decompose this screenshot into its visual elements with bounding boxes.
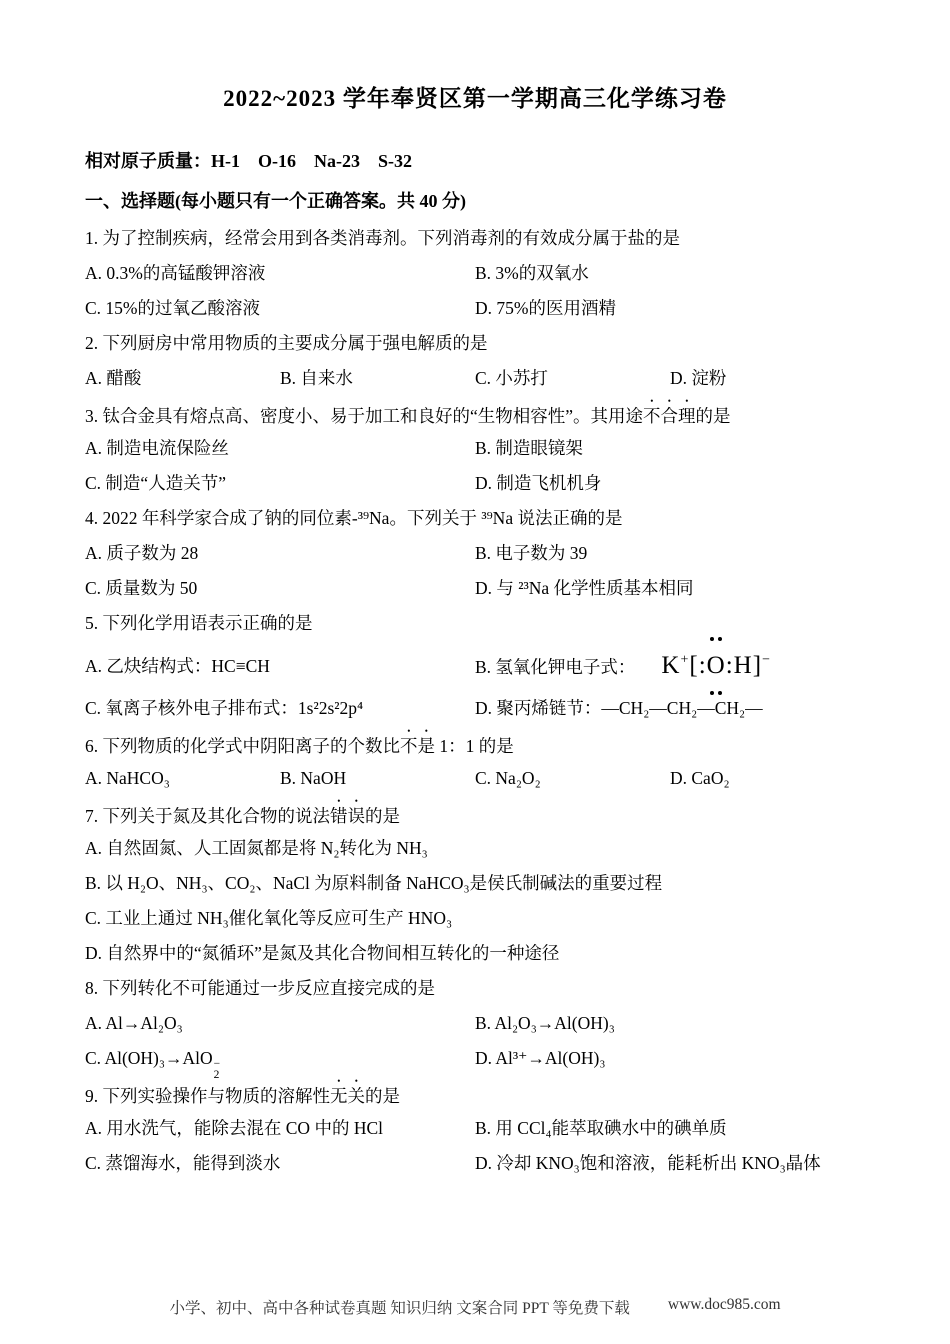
atomic-mass-line: 相对原子质量：H-1 O-16 Na-23 S-32 (85, 147, 865, 173)
question-8-stem: 8. 下列转化不可能通过一步反应直接完成的是 (85, 971, 865, 1006)
question-9-option-a: A. 用水洗气，能除去混在 CO 中的 HCl (85, 1111, 475, 1146)
question-5-option-a: A. 乙炔结构式：HC≡CH (85, 641, 475, 691)
question-5-options-row-2: C. 氧离子核外电子排布式：1s²2s²2p⁴ D. 聚丙烯链节：—CH₂—CH… (85, 691, 865, 726)
question-4-option-d: D. 与 ²³Na 化学性质基本相同 (475, 571, 865, 606)
question-4-options-row-2: C. 质量数为 50 D. 与 ²³Na 化学性质基本相同 (85, 571, 865, 606)
question-1-option-c: C. 15%的过氧乙酸溶液 (85, 291, 475, 326)
exam-page: 2022~2023 学年奉贤区第一学期高三化学练习卷 相对原子质量：H-1 O-… (0, 0, 950, 1344)
emphasized-text: 不是 (400, 736, 435, 756)
page-title: 2022~2023 学年奉贤区第一学期高三化学练习卷 (85, 80, 865, 113)
question-8-option-a: A. Al→Al₂O₃ (85, 1006, 475, 1041)
question-3-option-c: C. 制造“人造关节” (85, 466, 475, 501)
question-3-options-row-1: A. 制造电流保险丝 B. 制造眼镜架 (85, 431, 865, 466)
question-3-option-a: A. 制造电流保险丝 (85, 431, 475, 466)
question-4-options-row-1: A. 质子数为 28 B. 电子数为 39 (85, 536, 865, 571)
lewis-electron-formula: K+[:O:H]− (661, 652, 771, 679)
question-1-options-row-1: A. 0.3%的高锰酸钾溶液 B. 3%的双氧水 (85, 256, 865, 291)
question-9-option-d: D. 冷却 KNO₃饱和溶液，能耗析出 KNO₃晶体 (475, 1146, 865, 1181)
question-9-stem: 9. 下列实验操作与物质的溶解性无关的是 (85, 1076, 865, 1111)
question-8-options-row-2: C. Al(OH)₃→AlO−2 D. Al³⁺→Al(OH)₃ (85, 1041, 865, 1076)
question-6-options-row: A. NaHCO₃ B. NaOH C. Na₂O₂ D. CaO₂ (85, 761, 865, 796)
question-5-stem: 5. 下列化学用语表示正确的是 (85, 606, 865, 641)
question-2-options-row: A. 醋酸 B. 自来水 C. 小苏打 D. 淀粉 (85, 361, 865, 396)
footer-text: 小学、初中、高中各种试卷真题 知识归纳 文案合同 PPT 等免费下载 (169, 1296, 629, 1318)
question-4-option-b: B. 电子数为 39 (475, 536, 865, 571)
question-6-stem: 6. 下列物质的化学式中阴阳离子的个数比不是 1：1 的是 (85, 726, 865, 761)
question-7-option-d: D. 自然界中的“氮循环”是氮及其化合物间相互转化的一种途径 (85, 936, 865, 971)
emphasized-text: 错误 (330, 806, 365, 826)
question-3-option-d: D. 制造飞机机身 (475, 466, 865, 501)
question-7-stem: 7. 下列关于氮及其化合物的说法错误的是 (85, 796, 865, 831)
question-5-option-b: B. 氢氧化钾电子式：K+[:O:H]− (475, 641, 865, 691)
question-6-option-a: A. NaHCO₃ (85, 761, 280, 796)
question-7: 7. 下列关于氮及其化合物的说法错误的是 A. 自然固氮、人工固氮都是将 N₂转… (85, 796, 865, 971)
question-2: 2. 下列厨房中常用物质的主要成分属于强电解质的是 A. 醋酸 B. 自来水 C… (85, 326, 865, 396)
question-9-options-row-2: C. 蒸馏海水，能得到淡水 D. 冷却 KNO₃饱和溶液，能耗析出 KNO₃晶体 (85, 1146, 865, 1181)
question-5-options-row-1: A. 乙炔结构式：HC≡CH B. 氢氧化钾电子式：K+[:O:H]− (85, 641, 865, 691)
question-1-option-a: A. 0.3%的高锰酸钾溶液 (85, 256, 475, 291)
question-3-option-b: B. 制造眼镜架 (475, 431, 865, 466)
question-9: 9. 下列实验操作与物质的溶解性无关的是 A. 用水洗气，能除去混在 CO 中的… (85, 1076, 865, 1181)
question-2-option-d: D. 淀粉 (670, 361, 865, 396)
question-2-option-c: C. 小苏打 (475, 361, 670, 396)
page-content: 2022~2023 学年奉贤区第一学期高三化学练习卷 相对原子质量：H-1 O-… (0, 0, 950, 1181)
question-1-stem: 1. 为了控制疾病，经常会用到各类消毒剂。下列消毒剂的有效成分属于盐的是 (85, 221, 865, 256)
question-9-options-row-1: A. 用水洗气，能除去混在 CO 中的 HCl B. 用 CCl₄能萃取碘水中的… (85, 1111, 865, 1146)
question-8-option-d: D. Al³⁺→Al(OH)₃ (475, 1041, 865, 1076)
question-7-option-b: B. 以 H₂O、NH₃、CO₂、NaCl 为原料制备 NaHCO₃是侯氏制碱法… (85, 866, 865, 901)
footer-url: www.doc985.com (668, 1296, 781, 1318)
question-7-option-a: A. 自然固氮、人工固氮都是将 N₂转化为 NH₃ (85, 831, 865, 866)
question-4-stem: 4. 2022 年科学家合成了钠的同位素-³⁹Na。下列关于 ³⁹Na 说法正确… (85, 501, 865, 536)
emphasized-text: 不合理 (643, 406, 696, 426)
question-9-option-b: B. 用 CCl₄能萃取碘水中的碘单质 (475, 1111, 865, 1146)
question-8-option-b: B. Al₂O₃→Al(OH)₃ (475, 1006, 865, 1041)
question-1-option-d: D. 75%的医用酒精 (475, 291, 865, 326)
question-5: 5. 下列化学用语表示正确的是 A. 乙炔结构式：HC≡CH B. 氢氧化钾电子… (85, 606, 865, 726)
question-8-options-row-1: A. Al→Al₂O₃ B. Al₂O₃→Al(OH)₃ (85, 1006, 865, 1041)
emphasized-text: 无关 (330, 1086, 365, 1106)
question-6-option-d: D. CaO₂ (670, 761, 865, 796)
section-header: 一、选择题(每小题只有一个正确答案。共 40 分) (85, 187, 865, 213)
question-7-option-c: C. 工业上通过 NH₃催化氧化等反应可生产 HNO₃ (85, 901, 865, 936)
question-3-options-row-2: C. 制造“人造关节” D. 制造飞机机身 (85, 466, 865, 501)
question-1-options-row-2: C. 15%的过氧乙酸溶液 D. 75%的医用酒精 (85, 291, 865, 326)
question-9-option-c: C. 蒸馏海水，能得到淡水 (85, 1146, 475, 1181)
question-2-option-b: B. 自来水 (280, 361, 475, 396)
question-2-stem: 2. 下列厨房中常用物质的主要成分属于强电解质的是 (85, 326, 865, 361)
question-1-option-b: B. 3%的双氧水 (475, 256, 865, 291)
question-5-option-c: C. 氧离子核外电子排布式：1s²2s²2p⁴ (85, 691, 475, 726)
question-8: 8. 下列转化不可能通过一步反应直接完成的是 A. Al→Al₂O₃ B. Al… (85, 971, 865, 1076)
question-8-option-c: C. Al(OH)₃→AlO−2 (85, 1041, 475, 1076)
question-4-option-a: A. 质子数为 28 (85, 536, 475, 571)
question-6-option-c: C. Na₂O₂ (475, 761, 670, 796)
question-3-stem: 3. 钛合金具有熔点高、密度小、易于加工和良好的“生物相容性”。其用途不合理的是 (85, 396, 865, 431)
question-1: 1. 为了控制疾病，经常会用到各类消毒剂。下列消毒剂的有效成分属于盐的是 A. … (85, 221, 865, 326)
question-6-option-b: B. NaOH (280, 761, 475, 796)
page-footer: 小学、初中、高中各种试卷真题 知识归纳 文案合同 PPT 等免费下载 www.d… (0, 1296, 950, 1318)
question-2-option-a: A. 醋酸 (85, 361, 280, 396)
question-4: 4. 2022 年科学家合成了钠的同位素-³⁹Na。下列关于 ³⁹Na 说法正确… (85, 501, 865, 606)
oxygen-with-lone-pairs: O (707, 641, 726, 691)
question-6: 6. 下列物质的化学式中阴阳离子的个数比不是 1：1 的是 A. NaHCO₃ … (85, 726, 865, 796)
question-5-option-d: D. 聚丙烯链节：—CH₂—CH₂—CH₂— (475, 691, 865, 726)
question-4-option-c: C. 质量数为 50 (85, 571, 475, 606)
question-3: 3. 钛合金具有熔点高、密度小、易于加工和良好的“生物相容性”。其用途不合理的是… (85, 396, 865, 501)
